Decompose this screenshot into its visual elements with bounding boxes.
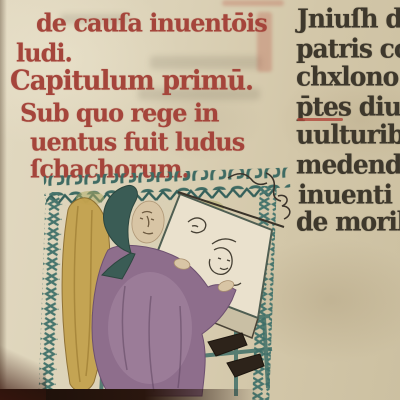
text-line: de morib [296,206,400,236]
text-line: uulturib [296,119,400,149]
text-line: medendi [296,149,400,179]
scribe-face [129,199,167,245]
text-line: chxlono [296,61,398,91]
page-edge-shadow [0,0,7,400]
red-underline [297,118,343,121]
rubric-line: uentus fuit ludus [30,126,244,156]
page-corner-shadow [0,342,46,400]
manuscript-page: de cauſa inuentōis ludi. Capitulum primū… [0,0,400,400]
text-line: inuenti [298,179,392,209]
text-line: patris co [296,33,400,63]
cropped-rubric-fragment [222,0,284,6]
rubric-line: de cauſa inuentōis [36,7,267,37]
rubric-line: ludi. [16,37,72,67]
scribe-miniature [30,166,300,400]
rubric-line: Sub quo rege in [20,97,218,127]
rubric-line: Capitulum primū. [10,65,253,97]
text-line: Jniuſh d [297,3,400,33]
